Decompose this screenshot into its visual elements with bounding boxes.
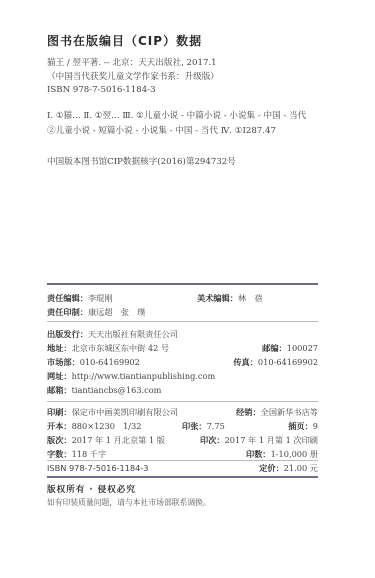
format-row: 开本：880×1230 1/32 印张：7.75 插页：9 [47,421,318,433]
divider [47,401,318,402]
website-row: 网址：http://www.tiantianpublishing.com [47,371,318,383]
phone-row: 市场部：010-64169902 传真：010-64169902 [47,357,318,369]
impression: 印次：2017 年 1 月第 1 次印刷 [200,435,318,446]
postcode: 邮编：100027 [262,343,318,354]
cip-line-author: 猫王 / 翌平著. -- 北京：天天出版社, 2017.1 [47,56,217,68]
website-link[interactable]: http://www.tiantianpublishing.com [72,371,216,381]
email-link[interactable]: tiantiancbs@163.com [72,385,162,395]
print-supervisor-row: 责任印制：康远超 张 璞 [47,307,318,319]
distributor: 经销：全国新华书店等 [236,407,318,418]
printer: 印刷：保定市中画美凯印刷有限公司 [47,407,178,417]
edition-row: 版次：2017 年 1 月北京第 1 版 印次：2017 年 1 月第 1 次印… [47,435,318,447]
email-row: 邮箱：tiantiancbs@163.com [47,385,318,397]
plates: 插页：9 [288,421,318,432]
price: 定价：21.00 元 [259,463,318,474]
printer-row: 印刷：保定市中画美凯印刷有限公司 经销：全国新华书店等 [47,407,318,419]
cip-title: 图书在版编目（CIP）数据 [47,32,202,49]
cip-line-isbn: ISBN 978-7-5016-1184-3 [47,85,156,95]
address: 地址：北京市东城区东中街 42 号 [47,343,169,353]
fax: 传真：010-64169902 [233,357,318,368]
divider [47,283,318,285]
cip-line-classification-2: ②儿童小说 - 短篇小说 - 小说集 - 中国 - 当代 Ⅳ. ①I287.47 [47,124,276,136]
isbn-price-row: ISBN 978-7-5016-1184-3 定价：21.00 元 [47,463,318,475]
edition: 版次：2017 年 1 月北京第 1 版 [47,435,165,445]
isbn: ISBN 978-7-5016-1184-3 [47,463,149,473]
cip-line-classification-1: Ⅰ. ①猫… Ⅱ. ①翌… Ⅲ. ①儿童小说 - 中篇小说 - 小说集 - 中国… [47,109,306,121]
sheets: 印张：7.75 [182,421,225,432]
address-row: 地址：北京市东城区东中街 42 号 邮编：100027 [47,343,318,355]
cip-line-record-number: 中国版本图书馆CIP数据核字(2016)第294732号 [47,155,236,167]
format: 开本：880×1230 1/32 [47,421,141,431]
editor-row: 责任编辑：李琨刚 美术编辑：林 蓓 [47,293,318,305]
responsible-editor: 责任编辑：李琨刚 [47,293,113,303]
quality-notice: 如有印装质量问题，请与本社市场部联系调换。 [47,497,211,508]
divider [47,460,318,461]
marketing-phone: 市场部：010-64169902 [47,357,140,367]
divider [47,476,318,478]
art-editor: 美术编辑：林 蓓 [197,293,263,304]
word-count: 字数：118 千字 [47,449,106,459]
publisher-row: 出版发行：天天出版社有限责任公司 [47,329,318,341]
divider [47,321,318,322]
rights-notice: 版权所有 · 侵权必究 [47,483,136,495]
print-run: 印数：1-10,000 册 [246,449,318,460]
cip-line-series: （中国当代获奖儿童文学作家书系：升级版） [47,70,219,82]
